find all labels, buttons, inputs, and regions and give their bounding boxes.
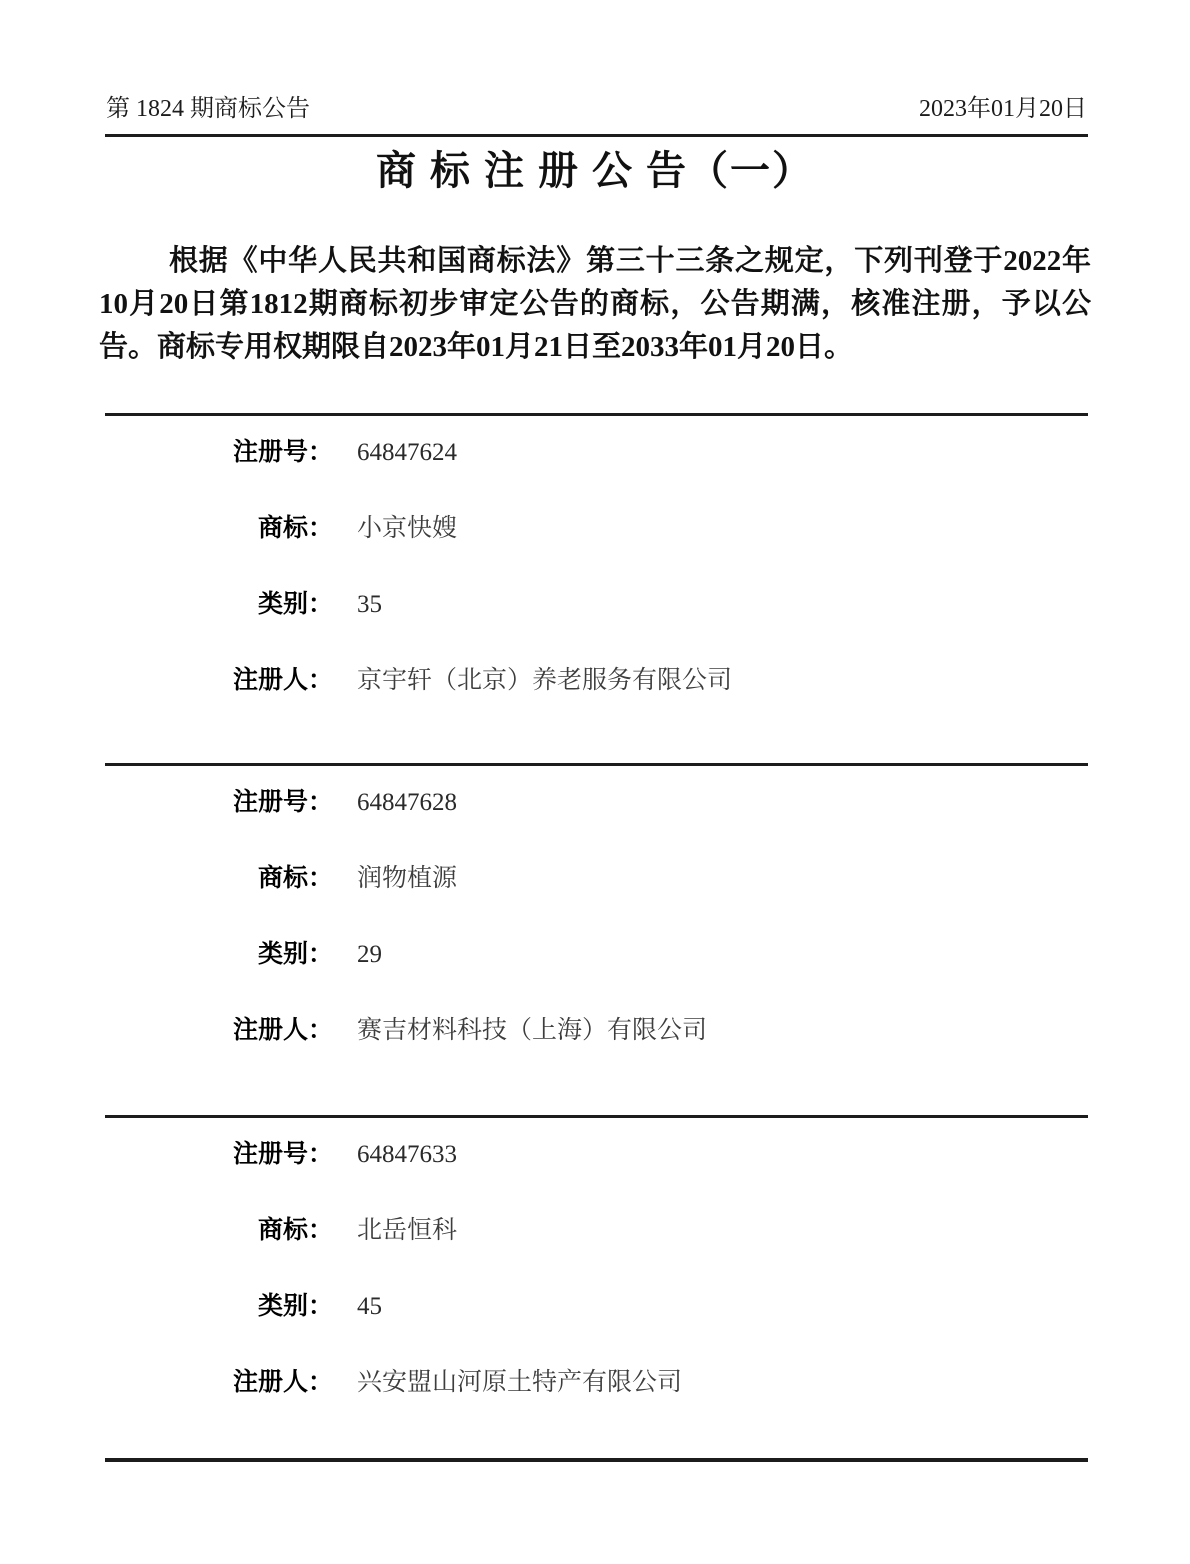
class-label: 类别： [105,584,333,620]
class-value: 29 [357,941,382,969]
gazette-page: 第 1824 期商标公告 2023年01月20日 商 标 注 册 公 告（一） … [0,0,1190,1564]
reg-no-row: 注册号： 64847628 [105,782,1088,812]
reg-no-value: 64847628 [357,789,457,817]
reg-no-label: 注册号： [105,782,333,818]
class-value: 35 [357,591,382,619]
reg-no-label: 注册号： [105,1134,333,1170]
header-divider [105,134,1088,137]
class-label: 类别： [105,934,333,970]
registrant-row: 注册人： 兴安盟山河原土特产有限公司 [105,1362,1088,1392]
gazette-issue-label: 第 1824 期商标公告 [106,94,310,124]
class-row: 类别： 45 [105,1286,1088,1316]
reg-no-row: 注册号： 64847624 [105,432,1088,462]
trademark-entry: 注册号： 64847633 商标： 北岳恒科 类别： 45 注册人： 兴安盟山河… [105,1115,1088,1392]
gazette-date: 2023年01月20日 [919,94,1087,124]
reg-no-value: 64847633 [357,1141,457,1169]
trademark-row: 商标： 润物植源 [105,858,1088,888]
trademark-value: 润物植源 [357,858,457,894]
bottom-divider [105,1458,1088,1462]
registrant-label: 注册人： [105,1010,333,1046]
registrant-label: 注册人： [105,1362,333,1398]
page-header: 第 1824 期商标公告 2023年01月20日 [106,94,1087,124]
registrant-value: 京宇轩（北京）养老服务有限公司 [357,660,732,696]
reg-no-row: 注册号： 64847633 [105,1134,1088,1164]
class-label: 类别： [105,1286,333,1322]
class-value: 45 [357,1293,382,1321]
trademark-value: 北岳恒科 [357,1210,457,1246]
class-row: 类别： 35 [105,584,1088,614]
trademark-label: 商标： [105,508,333,544]
registrant-value: 赛吉材料科技（上海）有限公司 [357,1010,707,1046]
registrant-row: 注册人： 赛吉材料科技（上海）有限公司 [105,1010,1088,1040]
trademark-label: 商标： [105,858,333,894]
trademark-row: 商标： 小京快嫂 [105,508,1088,538]
class-row: 类别： 29 [105,934,1088,964]
registrant-label: 注册人： [105,660,333,696]
registrant-row: 注册人： 京宇轩（北京）养老服务有限公司 [105,660,1088,690]
reg-no-label: 注册号： [105,432,333,468]
page-title: 商 标 注 册 公 告（一） [0,146,1190,196]
trademark-value: 小京快嫂 [357,508,457,544]
registrant-value: 兴安盟山河原土特产有限公司 [357,1362,682,1398]
trademark-label: 商标： [105,1210,333,1246]
reg-no-value: 64847624 [357,439,457,467]
trademark-entry: 注册号： 64847624 商标： 小京快嫂 类别： 35 注册人： 京宇轩（北… [105,413,1088,690]
intro-paragraph: 根据《中华人民共和国商标法》第三十三条之规定，下列刊登于2022年10月20日第… [99,240,1091,369]
trademark-entry: 注册号： 64847628 商标： 润物植源 类别： 29 注册人： 赛吉材料科… [105,763,1088,1040]
trademark-row: 商标： 北岳恒科 [105,1210,1088,1240]
